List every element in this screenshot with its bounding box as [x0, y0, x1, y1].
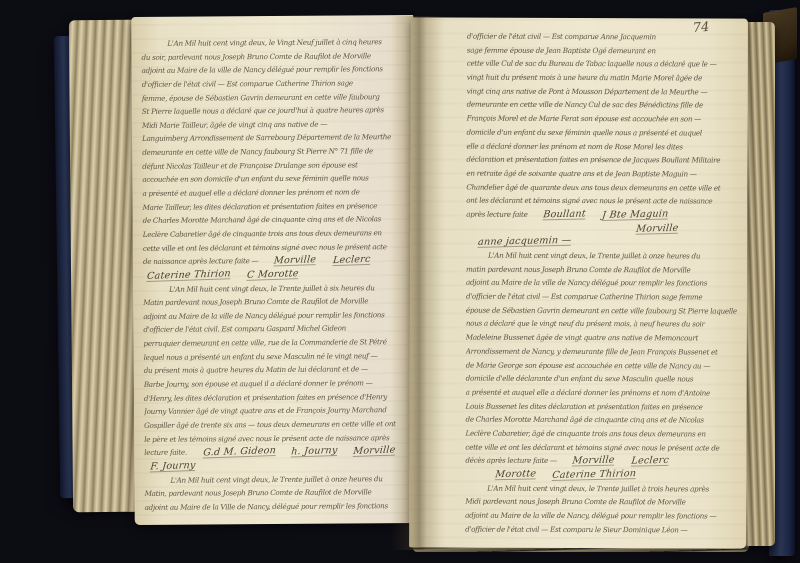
manuscript-line: L'An Mil huit cent vingt deux, le Vingt …	[141, 35, 411, 51]
manuscript-line: d'officier de l'état civil — Est comparu…	[465, 522, 746, 537]
right-page: 74 d'officier de l'état civil — Est comp…	[409, 17, 748, 548]
left-page-manuscript-text: L'An Mil huit cent vingt deux, le Vingt …	[141, 35, 414, 521]
manuscript-line: d'officier de l'état civil — Est comparu…	[467, 30, 748, 45]
signature: Leclerc	[332, 253, 371, 268]
manuscript-line: ont les déclarant et témoins signé avec …	[466, 194, 747, 209]
manuscript-line: a présenté et auquel elle a déclaré donn…	[466, 385, 747, 400]
manuscript-line: adjoint au Maire de la ville de Nancy dé…	[143, 308, 413, 324]
manuscript-line-text: lecture faite.	[144, 446, 187, 460]
manuscript-line: adjoint au Maire de la ville de Nancy dé…	[142, 62, 412, 78]
manuscript-line: en retraite âgé de soixante quatre ans e…	[466, 166, 747, 181]
manuscript-line-text: demeurante en cette ville de Nancy Cul d…	[467, 98, 703, 113]
left-page-edge-stack	[69, 20, 141, 513]
manuscript-line-text: Arrondissement de Nancy, y demeurante fi…	[466, 344, 718, 359]
signature: G.d M. Gideon	[202, 444, 276, 460]
manuscript-line-text: matin pardevant nous Joseph Bruno Comte …	[466, 262, 690, 276]
manuscript-line: St Pierre laquelle nous a déclaré que ce…	[142, 103, 412, 119]
manuscript-line-text: domicile d'elle déclarante d'un enfant d…	[466, 372, 694, 386]
manuscript-line: domicile d'elle déclarante d'un enfant d…	[466, 372, 747, 387]
manuscript-line-text: vingt cinq ans native de Pont à Mousson …	[467, 84, 708, 99]
signature-row: MorotteCaterine Thirion	[465, 468, 746, 483]
manuscript-line-text: L'An Mil huit cent vingt deux, le Trente…	[488, 249, 700, 263]
manuscript-line: L'An Mil huit cent vingt deux, le Trente…	[144, 472, 414, 488]
manuscript-line-text: en retraite âgé de soixante quatre ans e…	[466, 166, 696, 181]
manuscript-line-text: L'An Mil huit cent vingt deux, le Trente…	[169, 281, 375, 296]
manuscript-line: déclaration et présentation faites en pr…	[466, 153, 747, 168]
manuscript-line-text: Midi pardevant nous Joseph Bruno Comte d…	[465, 495, 685, 509]
signature: Morville	[353, 444, 396, 459]
manuscript-line: décès après lecture faite —MorvilleLecle…	[465, 454, 746, 469]
manuscript-line: adjoint au Maire de la ville de Nancy dé…	[466, 276, 747, 291]
right-page-manuscript-text: d'officier de l'état civil — Est comparu…	[465, 30, 748, 547]
manuscript-line: Madeleine Bussenet âgée de vingt quatre …	[466, 331, 747, 346]
manuscript-line-text: St Pierre laquelle nous a déclaré que ce…	[142, 103, 384, 118]
manuscript-line-text: d'officier de l'état civil — Est comparu…	[466, 290, 702, 305]
manuscript-line-text: adjoint au Maire de la ville de Nancy dé…	[143, 308, 384, 323]
manuscript-line-text: épouse de Sébastien Gavrin demeurant en …	[466, 303, 737, 318]
manuscript-line: demeurante en cette ville de Nancy Cul d…	[467, 98, 748, 113]
manuscript-line: lequel nous a présenté un enfant du sexe…	[144, 349, 414, 365]
manuscript-line-text: d'officier de l'état civil — Est comparu…	[465, 522, 687, 536]
photo-backdrop: L'An Mil huit cent vingt deux, le Vingt …	[0, 0, 800, 563]
manuscript-line: Chandelier âgé de quarante deux ans tous…	[466, 180, 747, 195]
manuscript-line-text: décès après lecture faite —	[465, 454, 557, 468]
manuscript-line-text: L'An Mil huit cent vingt deux, le Trente…	[487, 481, 709, 495]
manuscript-line-text: Midi Marie Tailleur, âgée de vingt cinq …	[142, 117, 327, 132]
manuscript-line: cette ville et ont les déclarant et témo…	[143, 240, 413, 256]
manuscript-line-text: adjoint au Maire de la ville de Nancy, d…	[465, 509, 716, 524]
manuscript-line-text: Leclère Cabaretier, âgé de cinquante tro…	[465, 427, 705, 442]
signature-row: anne jacquemin —	[466, 235, 747, 250]
signature: F. Journy	[150, 459, 196, 474]
signature: C Morotte	[246, 267, 299, 282]
manuscript-line-text: de Charles Morotte Marchand âgé de cinqu…	[465, 413, 703, 428]
signature: anne jacquemin —	[477, 235, 572, 250]
manuscript-line: matin pardevant nous Joseph Bruno Comte …	[466, 262, 747, 277]
manuscript-line: Louis Bussenet les dites déclaration et …	[466, 399, 747, 414]
manuscript-line-text: nous a déclaré que le vingt neuf du prés…	[466, 317, 705, 332]
manuscript-line: d'officier de l'état civil — Est comparu…	[466, 290, 747, 305]
signature: Leclerc	[630, 454, 669, 468]
manuscript-line: Leclère Cabaretier, âgé de cinquante tro…	[465, 427, 746, 442]
signature: Caterine Thirion	[551, 468, 636, 483]
signature: J Bte Maguin	[601, 208, 669, 223]
manuscript-line: vingt cinq ans native de Pont à Mousson …	[467, 84, 748, 99]
manuscript-line-text: cette ville Cul de sac du Bureau de Taba…	[467, 57, 717, 72]
signature-row: Morville	[466, 221, 747, 236]
manuscript-line: épouse de Sébastien Gavrin demeurant en …	[466, 303, 747, 318]
manuscript-line: de Charles Morotte Marchand âgé de cinqu…	[465, 413, 746, 428]
manuscript-line-text: Louis Bussenet les dites déclaration et …	[466, 399, 703, 414]
manuscript-line-text: adjoint au Maire de la Ville de Nancy, d…	[145, 499, 388, 514]
manuscript-line-text: de Marie George son épouse est accouchée…	[466, 358, 710, 373]
manuscript-line: adjoint au Maire de la Ville de Nancy, d…	[145, 499, 415, 515]
manuscript-line: cette ville et ont les déclarant et témo…	[465, 440, 746, 455]
manuscript-line: de Marie George son épouse est accouchée…	[466, 358, 747, 373]
manuscript-line: sage femme épouse de Jean Baptiste Ogé d…	[467, 43, 748, 58]
manuscript-line: demeurante en cette ville de Nancy faubo…	[142, 144, 412, 160]
manuscript-line: elle a déclaré donner les prénom et nom …	[466, 139, 747, 154]
signature: Boullant	[543, 208, 587, 223]
manuscript-line: lecture faite.G.d M. Gideonh. JournyMorv…	[144, 444, 414, 460]
manuscript-line: domicile d'un enfant du sexe féminin que…	[467, 125, 748, 140]
manuscript-line: après lecture faiteBoullantJ Bte Maguin	[466, 208, 747, 223]
manuscript-line-text: adjoint au Maire de la ville de Nancy dé…	[466, 276, 707, 291]
manuscript-line: L'An Mil huit cent vingt deux, le Trente…	[465, 481, 746, 496]
manuscript-line-text: Chandelier âgé de quarante deux ans tous…	[466, 180, 720, 195]
manuscript-line-text: de naissance après lecture faite —	[143, 254, 259, 268]
manuscript-line: L'An Mil huit cent vingt deux, le Trente…	[143, 281, 413, 297]
manuscript-line-text: a présenté et auquel elle a déclaré donn…	[466, 385, 710, 400]
manuscript-line-text: cette ville et ont les déclarant et témo…	[465, 440, 719, 455]
manuscript-line-text: d'officier de l'état civil — Est comparu…	[467, 30, 656, 44]
manuscript-line: cette ville Cul de sac du Bureau de Taba…	[467, 57, 748, 72]
manuscript-line: L'An Mil huit cent vingt deux, le Trente…	[466, 249, 747, 264]
manuscript-line-text: ont les déclarant et témoins signé avec …	[466, 194, 712, 209]
manuscript-line-text: elle a déclaré donner les prénom et nom …	[466, 139, 682, 153]
manuscript-line: vingt huit du présent mois à une heure d…	[467, 71, 748, 86]
manuscript-line-text: sage femme épouse de Jean Baptiste Ogé d…	[467, 43, 656, 57]
manuscript-line-text: d'officier de l'état civil — Est comparu…	[142, 76, 353, 91]
register-book: L'An Mil huit cent vingt deux, le Vingt …	[55, 8, 795, 556]
manuscript-line: Arrondissement de Nancy, y demeurante fi…	[466, 344, 747, 359]
signature: Morville	[635, 221, 679, 235]
manuscript-line-text: après lecture faite	[466, 208, 527, 222]
manuscript-line-text: d'officier de l'état civil. Est comparu …	[143, 322, 346, 337]
manuscript-line-text: le père et les témoins signé avec nous l…	[144, 431, 389, 446]
manuscript-line-text: Madeleine Bussenet âgée de vingt quatre …	[466, 331, 698, 346]
manuscript-line: adjoint au Maire de la ville de Nancy, d…	[465, 509, 746, 524]
signature: Morville	[572, 454, 616, 469]
signature: Morville	[274, 253, 317, 268]
left-page: L'An Mil huit cent vingt deux, le Vingt …	[131, 15, 417, 525]
manuscript-line-text: déclaration et présentation faites en pr…	[466, 153, 720, 168]
signature: Caterine Thirion	[146, 267, 231, 282]
signature: h. Journy	[291, 444, 338, 459]
signature: Morotte	[495, 468, 537, 482]
manuscript-line: nous a déclaré que le vingt neuf du prés…	[466, 317, 747, 332]
manuscript-line-text: François Morel et de Marie Ferat son épo…	[467, 112, 701, 127]
manuscript-line: François Morel et de Marie Ferat son épo…	[467, 112, 748, 127]
manuscript-line-text: vingt huit du présent mois à une heure d…	[467, 71, 702, 86]
manuscript-line: Midi pardevant nous Joseph Bruno Comte d…	[465, 495, 746, 510]
manuscript-line-text: domicile d'un enfant du sexe féminin que…	[467, 125, 702, 140]
